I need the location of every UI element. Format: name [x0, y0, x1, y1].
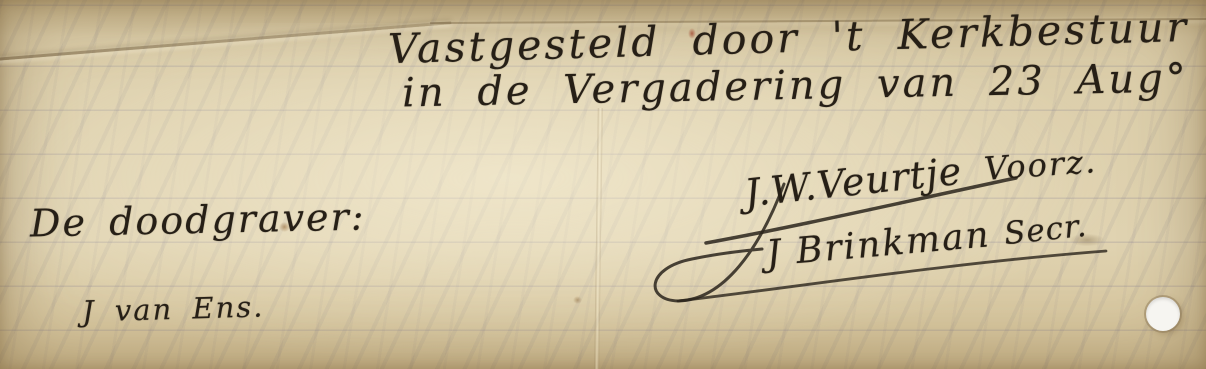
punch-hole: [1146, 297, 1180, 331]
chairman-title: Voorz.: [983, 142, 1098, 188]
secretary-signature: J Brinkman: [765, 214, 993, 274]
undertaker-label: De doodgraver:: [30, 194, 366, 245]
secretary-title: Secr.: [1002, 208, 1089, 253]
foxing-spot: [573, 296, 582, 304]
document-scan: Vastgesteld door 't Kerkbestuur in de Ve…: [0, 0, 1206, 369]
fold-crease-top-left: [0, 21, 451, 62]
undertaker-signature: J van Ens.: [82, 289, 265, 328]
chairman-signature: J.W.Veurtje: [742, 149, 964, 216]
fold-crease-vertical: [594, 108, 603, 369]
